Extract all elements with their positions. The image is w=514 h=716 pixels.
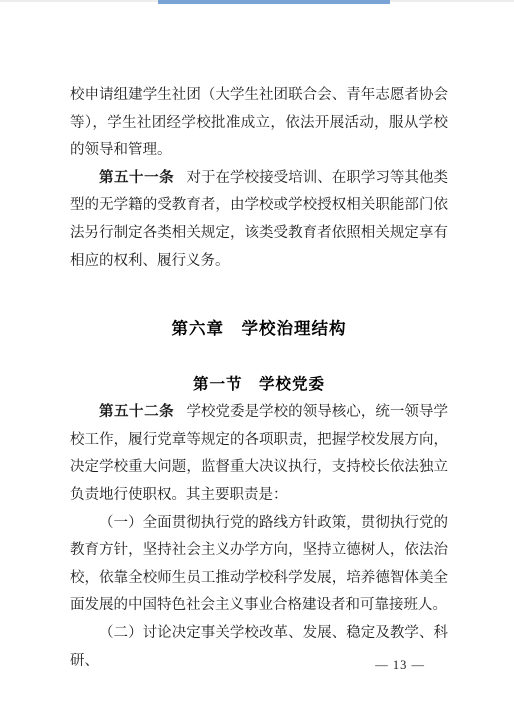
chapter-heading: 第六章 学校治理结构 <box>70 315 448 343</box>
document-page: 校申请组建学生社团（大学生社团联合会、青年志愿者协会等），学生社团经学校批准成立… <box>0 0 514 716</box>
section-heading: 第一节 学校党委 <box>70 371 448 399</box>
paragraph-item-1: （一）全面贯彻执行党的路线方针政策，贯彻执行党的教育方针，坚持社会主义办学方向，… <box>70 510 448 620</box>
article-51-number: 第五十一条 <box>99 170 174 186</box>
paragraph-article-51: 第五十一条对于在学校接受培训、在职学习等其他类型的无学籍的受教育者，由学校或学校… <box>70 165 448 275</box>
top-accent-bar <box>158 0 390 4</box>
paragraph-article-52: 第五十二条学校党委是学校的领导核心，统一领导学校工作，履行党章等规定的各项职责，… <box>70 399 448 509</box>
paragraph-text: 校申请组建学生社团（大学生社团联合会、青年志愿者协会等），学生社团经学校批准成立… <box>70 87 448 158</box>
paragraph-continuation: 校申请组建学生社团（大学生社团联合会、青年志愿者协会等），学生社团经学校批准成立… <box>70 82 448 165</box>
page-number: — 13 — <box>375 656 425 674</box>
item-1-text: （一）全面贯彻执行党的路线方针政策，贯彻执行党的教育方针，坚持社会主义办学方向，… <box>70 515 448 614</box>
article-52-number: 第五十二条 <box>99 404 174 420</box>
document-body: 校申请组建学生社团（大学生社团联合会、青年志愿者协会等），学生社团经学校批准成立… <box>70 82 448 675</box>
